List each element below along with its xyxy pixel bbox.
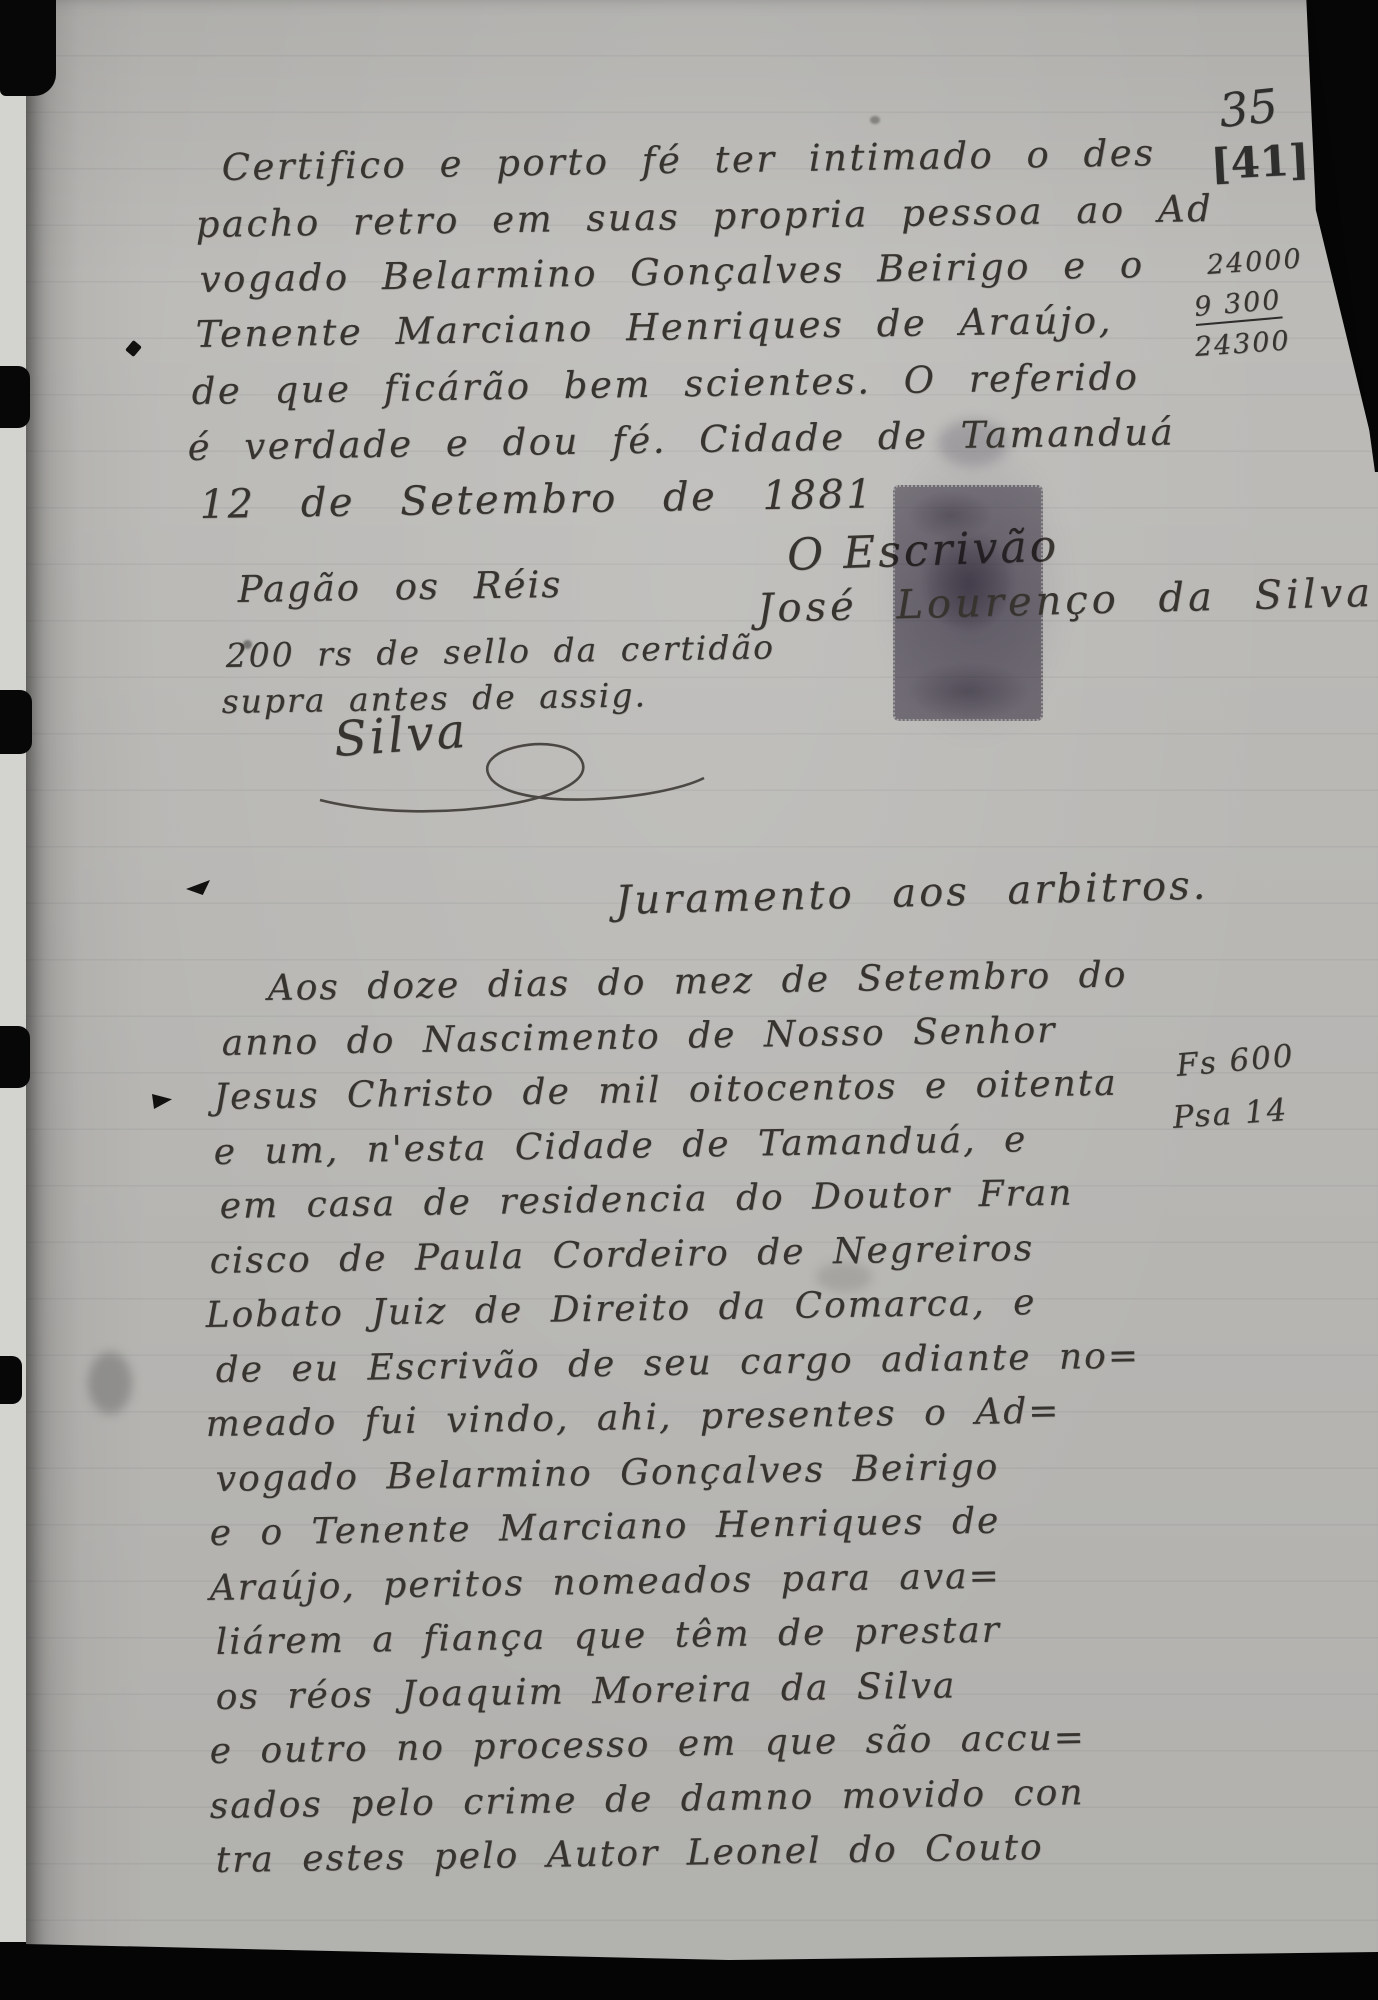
paper-stain bbox=[870, 116, 880, 124]
binding-blob bbox=[0, 0, 56, 96]
archival-number: [41] bbox=[1209, 135, 1310, 189]
binding-blob bbox=[0, 690, 32, 754]
paper-stain bbox=[88, 1352, 132, 1414]
payment-note-line: Pagão os Réis bbox=[237, 563, 562, 611]
folio-number: 35 bbox=[1216, 78, 1280, 138]
binding-blob bbox=[0, 1026, 30, 1088]
binding-blob bbox=[0, 366, 30, 428]
scanned-manuscript-page: 35 [41] 24000 9 300 24300 Certifico e po… bbox=[0, 0, 1378, 2000]
binding-page-sliver bbox=[0, 0, 30, 1942]
binding-blob bbox=[0, 1356, 22, 1404]
signature-flourish-icon bbox=[280, 700, 720, 830]
